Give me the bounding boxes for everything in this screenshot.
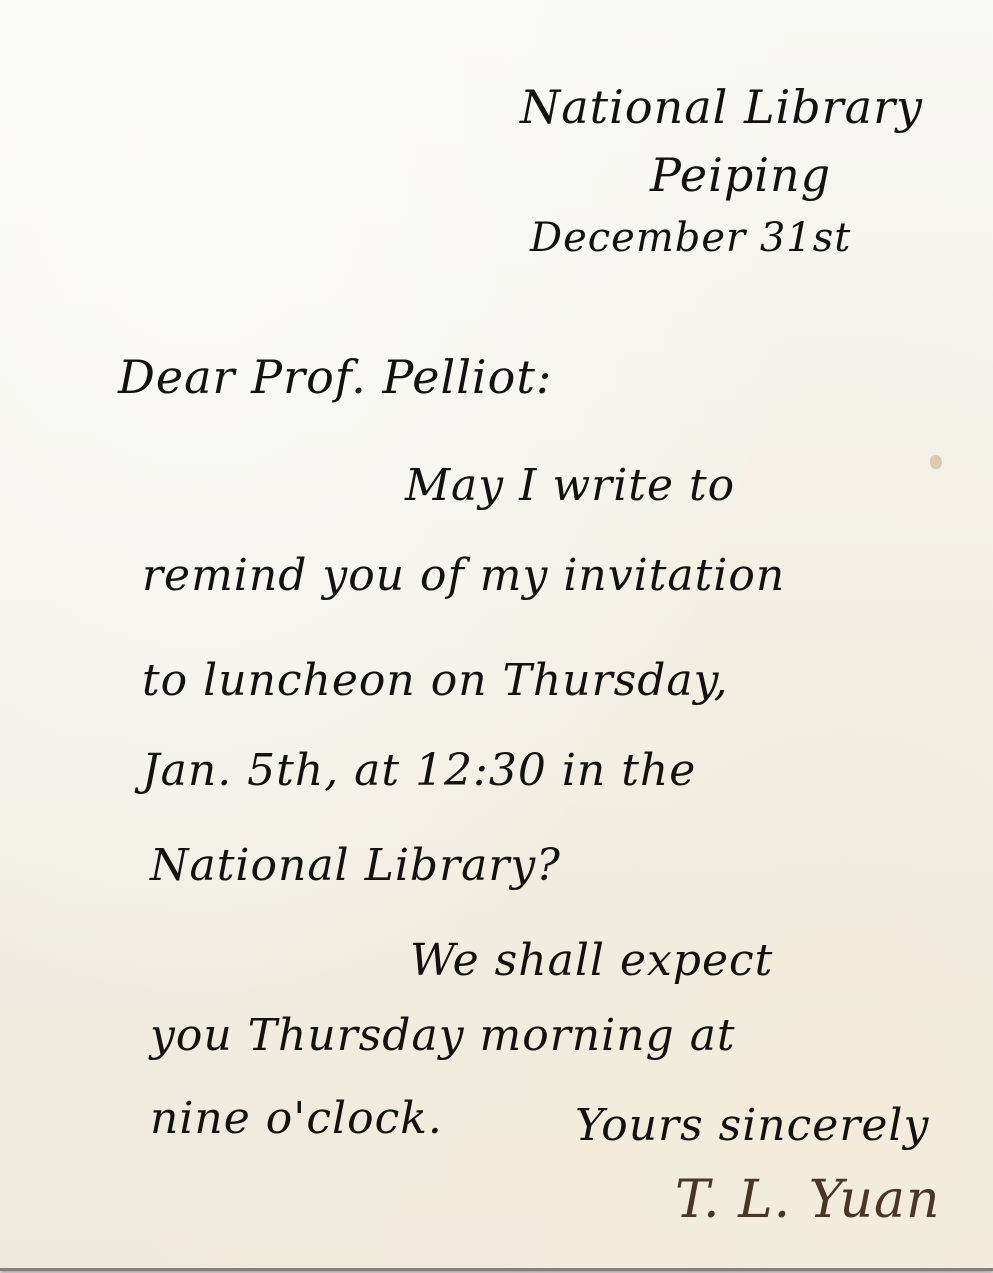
header-date: December 31st <box>530 215 851 261</box>
body-line: nine o'clock. <box>150 1093 443 1144</box>
salutation: Dear Prof. Pelliot: <box>118 350 552 404</box>
body-line: remind you of my invitation <box>142 550 785 601</box>
body-line: you Thursday morning at <box>150 1010 736 1061</box>
signature: T. L. Yuan <box>675 1170 940 1230</box>
header-city: Peiping <box>650 148 831 202</box>
paper-stain <box>930 455 942 469</box>
body-line: We shall expect <box>410 935 773 986</box>
body-line: National Library? <box>150 840 561 891</box>
body-line: May I write to <box>405 460 735 511</box>
body-line: to luncheon on Thursday, <box>142 655 729 706</box>
body-line: Jan. 5th, at 12:30 in the <box>142 745 696 796</box>
letter-page: National Library Peiping December 31st D… <box>0 0 993 1271</box>
closing: Yours sincerely <box>575 1100 929 1151</box>
header-institution: National Library <box>520 80 923 134</box>
